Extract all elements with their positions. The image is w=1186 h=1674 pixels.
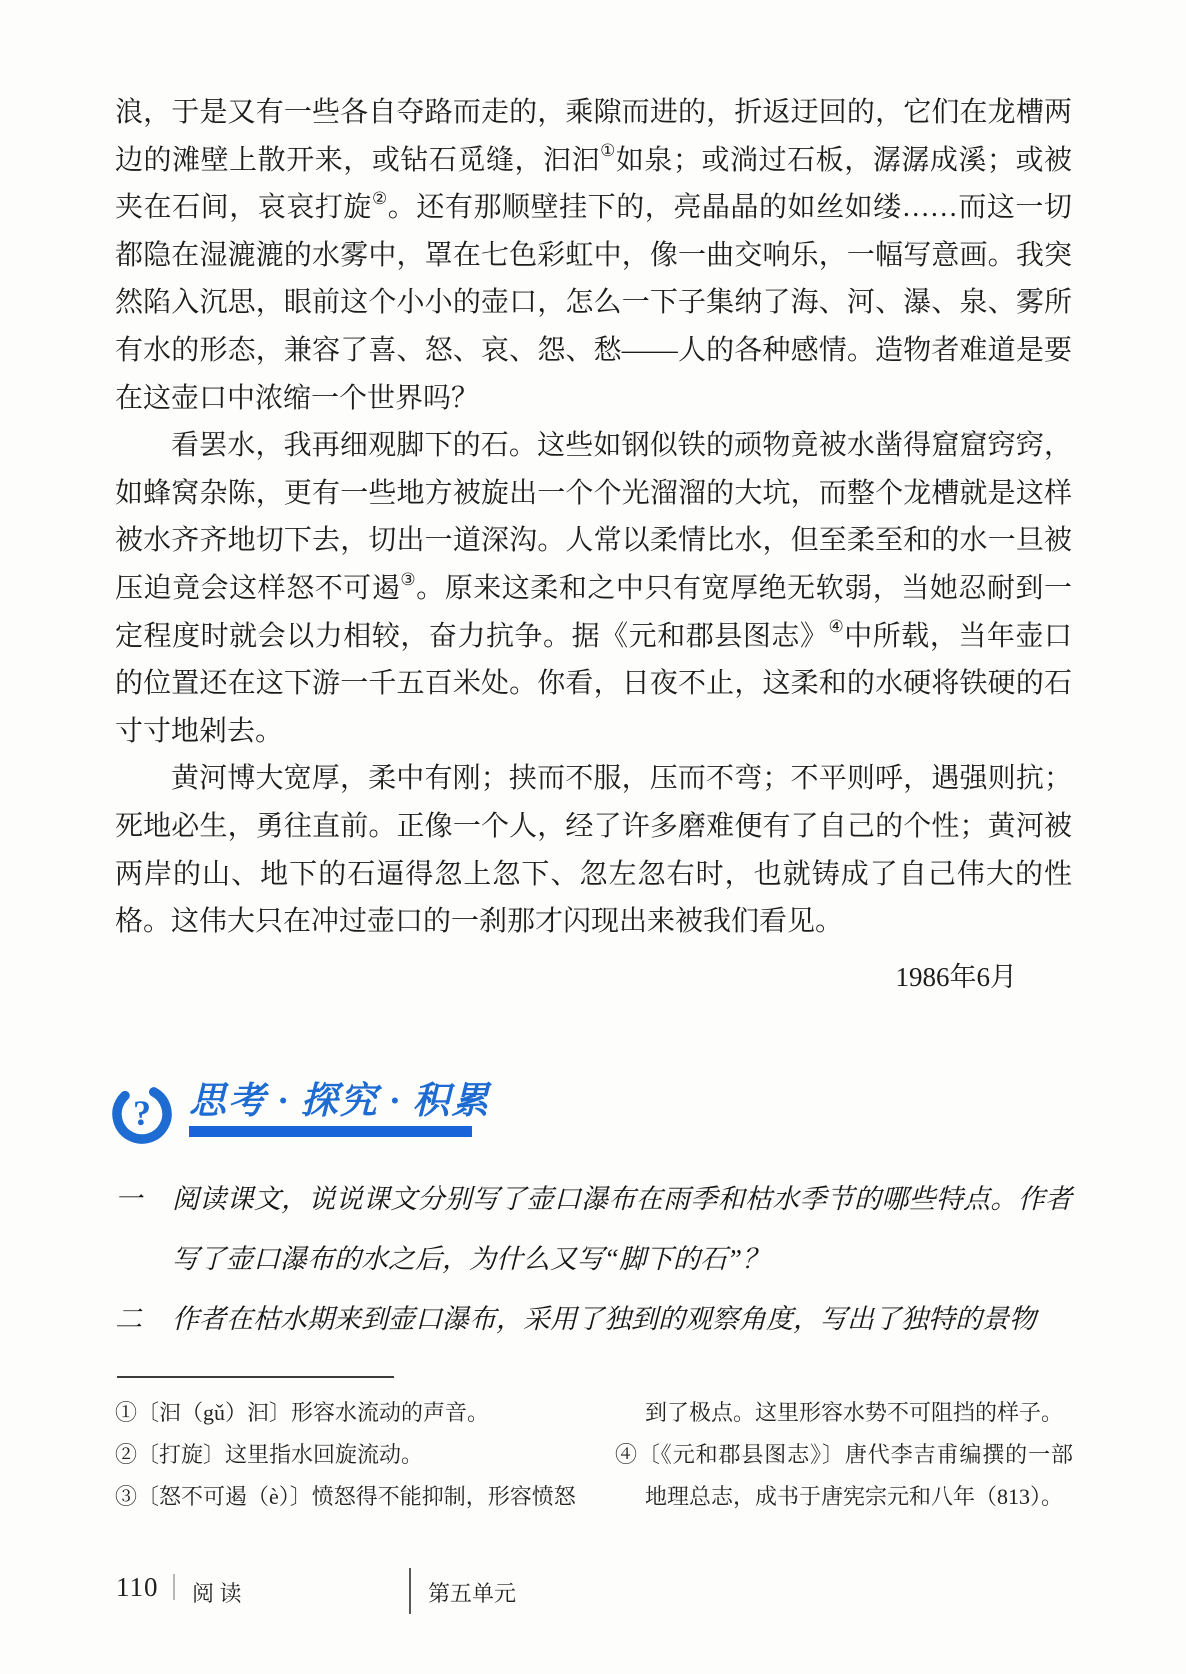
footer-divider: [173, 1574, 175, 1600]
body-text: 黄河博大宽厚，柔中有刚；挟而不服，压而不弯；不平则呼，遇强则抗；死地必生，勇往直…: [115, 763, 1072, 937]
question-mark-icon: ?: [110, 1082, 174, 1146]
textbook-page: 浪，于是又有一些各自夺路而走的，乘隙而进的，折返迂回的，它们在龙槽两边的滩壁上散…: [0, 0, 1186, 1674]
question-2: 二 作者在枯水期来到壶口瀑布，采用了独到的观察角度，写出了独特的景物: [115, 1289, 1072, 1349]
section-title: 思考 · 探究 · 积累: [189, 1080, 491, 1124]
footnote-divider: [117, 1376, 394, 1378]
footnote-3: ③〔怒不可遏（è）〕愤怒得不能抑制，形容愤怒: [115, 1476, 593, 1518]
section-header: ? 思考 · 探究 · 积累: [110, 1080, 491, 1146]
paragraph-2: 看罢水，我再细观脚下的石。这些如钢似铁的顽物竟被水凿得窟窟窍窍，如蜂窝杂陈，更有…: [115, 422, 1072, 755]
footnote-4: ④〔《元和郡县图志》〕唐代李吉甫编撰的一部地理总志，成书于唐宪宗元和八年（813…: [615, 1434, 1073, 1518]
section-title-wrap: 思考 · 探究 · 积累: [189, 1080, 491, 1137]
paragraph-1: 浪，于是又有一些各自夺路而走的，乘隙而进的，折返迂回的，它们在龙槽两边的滩壁上散…: [115, 89, 1072, 422]
page-footer: 110 阅 读 第五单元: [0, 1566, 1186, 1618]
footer-divider-2: [409, 1568, 411, 1614]
question-2-text: 作者在枯水期来到壶口瀑布，采用了独到的观察角度，写出了独特的景物: [172, 1289, 1072, 1349]
footnote-ref-4: ④: [828, 617, 844, 636]
footer-section-label: 阅 读: [192, 1577, 242, 1608]
composition-date: 1986年6月: [115, 954, 1072, 1002]
body-text: 。还有那顺壁挂下的，亮晶晶的如丝如缕……而这一切都隐在湿漉漉的水雾中，罩在七色彩…: [115, 192, 1072, 413]
footnote-ref-2: ②: [372, 189, 388, 208]
footnote-ref-3: ③: [400, 570, 416, 589]
footnotes-left-column: ①〔汩（gǔ）汩〕形容水流动的声音。 ②〔打旋〕这里指水回旋流动。 ③〔怒不可遏…: [115, 1392, 593, 1518]
footer-unit-label: 第五单元: [428, 1577, 516, 1608]
footnote-3-continuation: 到了极点。这里形容水势不可阻挡的样子。: [615, 1392, 1073, 1434]
exercise-questions: 一 阅读课文，说说课文分别写了壶口瀑布在雨季和枯水季节的哪些特点。作者写了壶口瀑…: [115, 1169, 1072, 1349]
title-underline-bar: [189, 1126, 472, 1137]
footnote-1: ①〔汩（gǔ）汩〕形容水流动的声音。: [115, 1392, 593, 1434]
lesson-text: 浪，于是又有一些各自夺路而走的，乘隙而进的，折返迂回的，它们在龙槽两边的滩壁上散…: [115, 89, 1072, 1001]
footnotes-right-column: 到了极点。这里形容水势不可阻挡的样子。 ④〔《元和郡县图志》〕唐代李吉甫编撰的一…: [615, 1392, 1073, 1518]
question-1: 一 阅读课文，说说课文分别写了壶口瀑布在雨季和枯水季节的哪些特点。作者写了壶口瀑…: [115, 1169, 1072, 1289]
question-2-number: 二: [115, 1289, 172, 1349]
footnote-2: ②〔打旋〕这里指水回旋流动。: [115, 1434, 593, 1476]
question-1-text: 阅读课文，说说课文分别写了壶口瀑布在雨季和枯水季节的哪些特点。作者写了壶口瀑布的…: [172, 1169, 1072, 1289]
question-mark-glyph: ?: [133, 1093, 151, 1133]
footnote-ref-1: ①: [600, 141, 616, 160]
page-number: 110: [116, 1572, 159, 1603]
question-1-number: 一: [115, 1169, 172, 1229]
footnotes: ①〔汩（gǔ）汩〕形容水流动的声音。 ②〔打旋〕这里指水回旋流动。 ③〔怒不可遏…: [115, 1392, 1073, 1518]
paragraph-3: 黄河博大宽厚，柔中有刚；挟而不服，压而不弯；不平则呼，遇强则抗；死地必生，勇往直…: [115, 755, 1072, 945]
